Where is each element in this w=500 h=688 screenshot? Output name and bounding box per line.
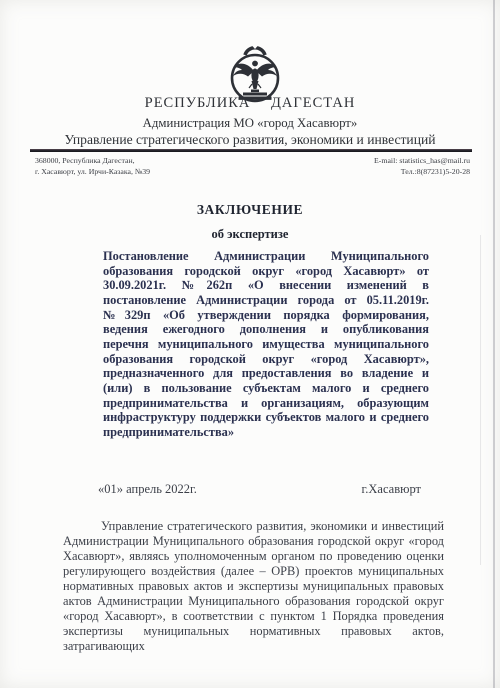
contact-info: E-mail: statistics_has@mail.ru Тел.:8(87… (374, 155, 470, 177)
document-body-paragraph: Управление стратегического развития, эко… (63, 519, 444, 654)
phone-line: Тел.:8(87231)5-20-28 (374, 166, 470, 177)
header-divider (30, 149, 472, 152)
document-subject-paragraph: Постановление Администрации Муниципально… (103, 249, 429, 440)
document-subtitle: об экспертизе (0, 227, 500, 242)
scan-artifact-line-faint (480, 235, 481, 565)
address-line-2: г. Хасавюрт, ул. Ирчи-Казака, №39 (35, 166, 150, 177)
department-heading: Управление стратегического развития, эко… (0, 132, 500, 148)
postal-address: 368000, Республика Дагестан, г. Хасавюрт… (35, 155, 150, 177)
email-line: E-mail: statistics_has@mail.ru (374, 155, 470, 166)
republic-heading: РЕСПУБЛИКА ДАГЕСТАН (0, 95, 500, 112)
document-city: г.Хасавюрт (362, 482, 421, 497)
scanned-document-page: РЕСПУБЛИКА ДАГЕСТАН Администрация МО «го… (0, 0, 500, 688)
document-date: «01» апрель 2022г. (98, 482, 197, 497)
organization-heading: Администрация МО «город Хасавюрт» (0, 116, 500, 131)
address-line-1: 368000, Республика Дагестан, (35, 155, 150, 166)
date-and-city-line: «01» апрель 2022г. г.Хасавюрт (98, 482, 421, 497)
document-title: ЗАКЛЮЧЕНИЕ (0, 202, 500, 218)
